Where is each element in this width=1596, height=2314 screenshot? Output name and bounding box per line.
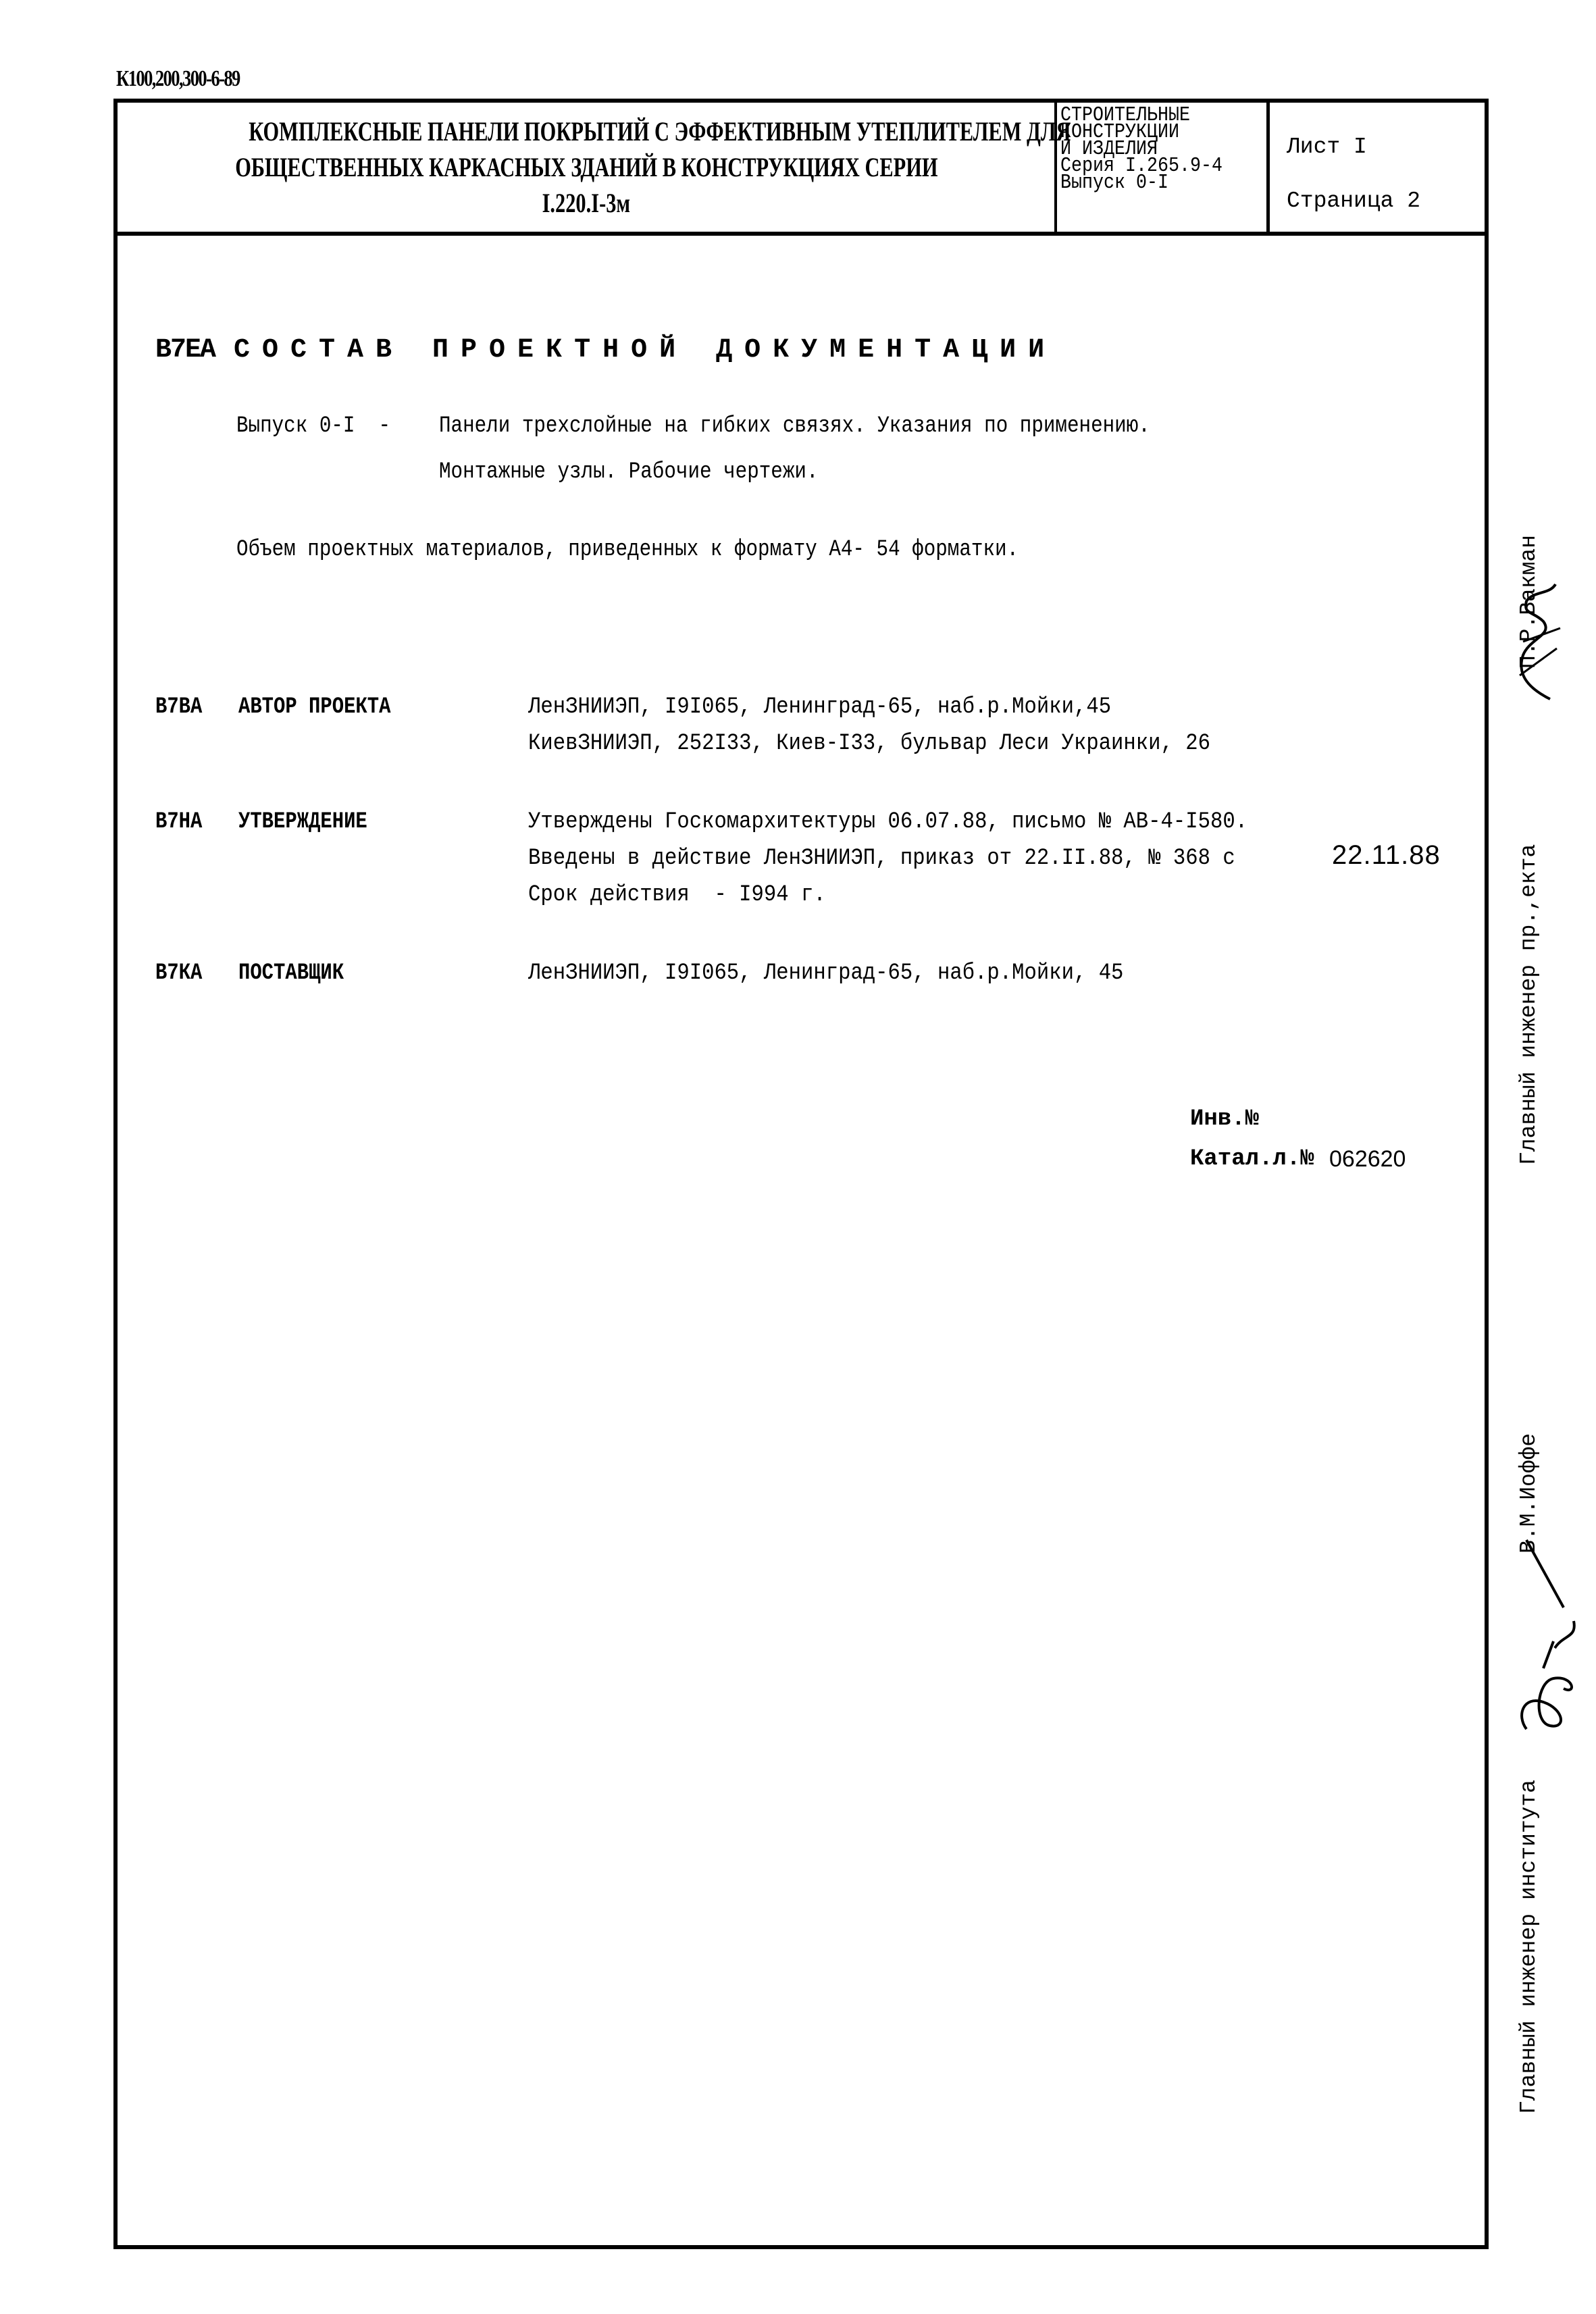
issue-description: Панели трехслойные на гибких связях. Ука…: [439, 413, 1150, 439]
header-sheet-block: Лист I Страница 2: [1287, 120, 1420, 228]
approval-line: Введены в действие ЛенЗНИИЭП, приказ от …: [528, 846, 1235, 871]
document-code: К100,200,300-6-89: [116, 66, 240, 92]
header-divider: [113, 232, 1485, 236]
section-code: В7КА: [155, 960, 202, 986]
author-address: ЛенЗНИИЭП, I9I065, Ленинград-65, наб.р.М…: [528, 694, 1111, 720]
author-address: КиевЗНИИЭП, 252I33, Киев-I33, бульвар Ле…: [528, 731, 1210, 756]
header-column-divider: [1266, 101, 1270, 234]
section-label: ПОСТАВЩИК: [238, 960, 344, 986]
inventory-label: Инв.№: [1190, 1106, 1259, 1132]
catalog-number: 062620: [1329, 1146, 1406, 1173]
header-title-line: I.220.I-3м: [542, 185, 630, 221]
section-heading: В7ЕАСОСТАВ ПРОЕКТНОЙ ДОКУМЕНТАЦИИ: [155, 335, 1056, 365]
header-series-block: СТРОИТЕЛЬНЫЕ КОНСТРУКЦИИ И ИЗДЕЛИЯ Серия…: [1060, 107, 1266, 191]
supplier-address: ЛенЗНИИЭП, I9I065, Ленинград-65, наб.р.М…: [528, 960, 1123, 986]
volume-note: Объем проектных материалов, приведенных …: [236, 537, 1019, 563]
section-code: В7ЕА: [155, 335, 215, 365]
section-label: УТВЕРЖДЕНИЕ: [238, 809, 367, 835]
series-line: Выпуск 0-I: [1060, 174, 1237, 191]
section-title: СОСТАВ ПРОЕКТНОЙ ДОКУМЕНТАЦИИ: [234, 335, 1056, 365]
issue-label: Выпуск 0-I -: [236, 413, 390, 439]
margin-role: Главный инженер пр.,екта: [1516, 844, 1541, 1165]
sheet-number: Лист I: [1287, 120, 1420, 174]
header-title: КОМПЛЕКСНЫЕ ПАНЕЛИ ПОКРЫТИЙ С ЭФФЕКТИВНЫ…: [119, 113, 1054, 221]
margin-name: П.Р.Вакман: [1516, 535, 1541, 669]
catalog-label: Катал.л.№: [1190, 1146, 1314, 1172]
section-code: В7ВА: [155, 694, 202, 720]
margin-name: В.М.Иоффе: [1516, 1433, 1541, 1553]
approval-line: Утверждены Госкомархитектуры 06.07.88, п…: [528, 809, 1247, 835]
section-label: АВТОР ПРОЕКТА: [238, 694, 390, 720]
signature-icon: [1513, 1533, 1587, 1736]
header-title-line: ОБЩЕСТВЕННЫХ КАРКАСНЫХ ЗДАНИЙ В КОНСТРУК…: [235, 149, 937, 185]
handwritten-date: 22.11.88: [1332, 840, 1441, 871]
margin-role: Главный инженер института: [1516, 1780, 1541, 2114]
validity-line: Срок действия - I994 г.: [528, 882, 826, 908]
issue-description: Монтажные узлы. Рабочие чертежи.: [439, 459, 818, 485]
page-number: Страница 2: [1287, 174, 1420, 228]
header-title-line: КОМПЛЕКСНЫЕ ПАНЕЛИ ПОКРЫТИЙ С ЭФФЕКТИВНЫ…: [249, 113, 1071, 149]
section-code: В7НА: [155, 809, 202, 835]
